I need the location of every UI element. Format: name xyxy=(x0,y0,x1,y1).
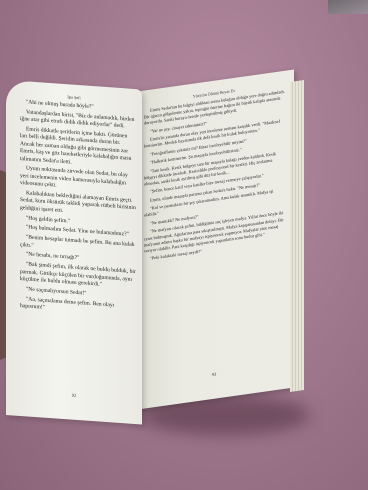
right-page-text: Emris Sedat'tan bu bilgiyi aldıktan sonr… xyxy=(134,88,294,265)
right-page: Yüzyılın Ölümü Beyaz Ev Emris Sedat'tan … xyxy=(134,70,294,410)
left-page-number: 92 xyxy=(6,388,142,403)
paragraph: Emris dikkatle şeritlerin içine baktı. G… xyxy=(20,126,136,171)
page-edges xyxy=(290,80,304,392)
left-page: İşte Şefi "Abi ne olmuş burada böyle?" V… xyxy=(6,80,142,425)
left-page-text: "Abi ne olmuş burada böyle?" Vatandaşlar… xyxy=(6,98,142,319)
right-page-number: 93 xyxy=(134,361,294,388)
background-object xyxy=(328,0,368,14)
photo-scene: Yüzyılın Ölümü Beyaz Ev Emris Sedat'tan … xyxy=(0,0,368,490)
